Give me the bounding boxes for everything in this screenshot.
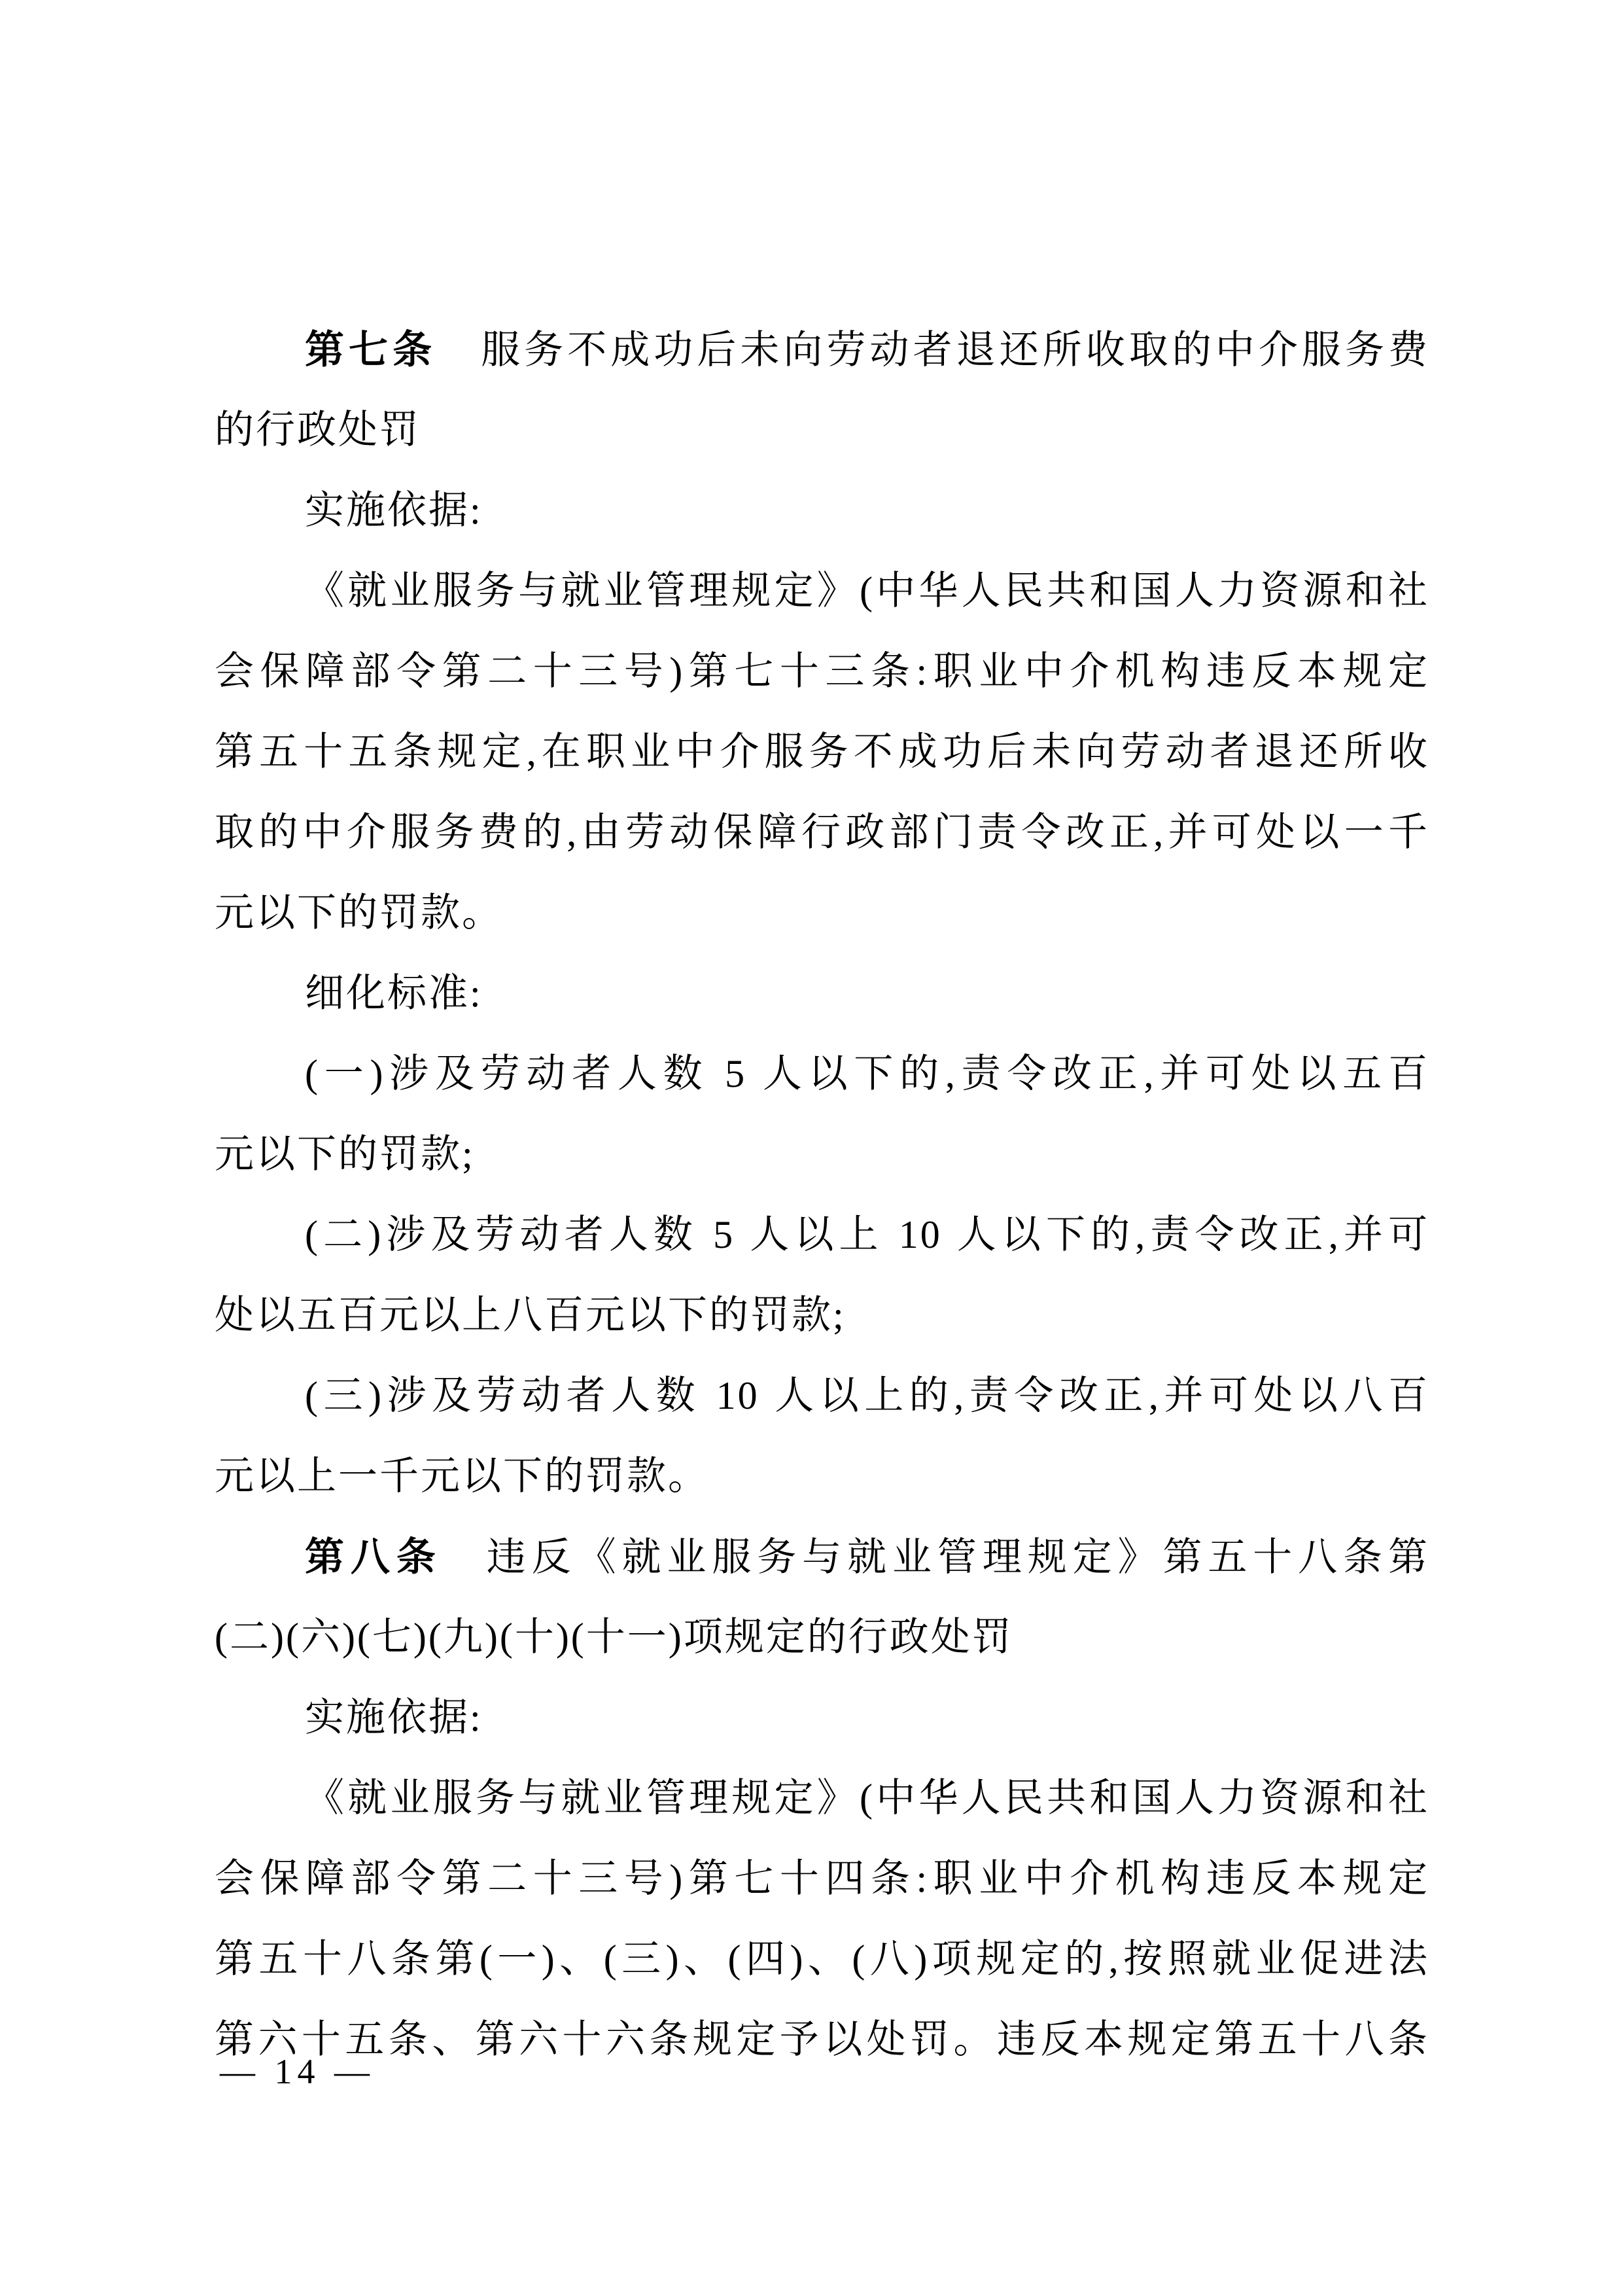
article-term: 第八条 — [305, 1535, 442, 1579]
line-text: 会保障部令第二十三号)第七十三条:职业中介机构违反本规定 — [215, 650, 1429, 693]
text-line: 第六十五条、第六十六条规定予以处罚。违反本规定第五十八条 — [215, 2000, 1429, 2080]
text-line: 实施依据: — [215, 470, 1429, 551]
text-line: 第七条服务不成功后未向劳动者退还所收取的中介服务费 — [215, 309, 1429, 390]
line-text: (二)涉及劳动者人数 5 人以上 10 人以下的,责令改正,并可 — [305, 1213, 1429, 1256]
line-text: 实施依据: — [305, 489, 483, 532]
line-text: 第六十五条、第六十六条规定予以处罚。违反本规定第五十八条 — [215, 2018, 1429, 2061]
line-text: 处以五百元以上八百元以下的罚款; — [215, 1294, 846, 1337]
text-line: 取的中介服务费的,由劳动保障行政部门责令改正,并可处以一千 — [215, 792, 1429, 873]
line-text: (一)涉及劳动者人数 5 人以下的,责令改正,并可处以五百 — [305, 1052, 1429, 1095]
text-line: 元以下的罚款; — [215, 1114, 1429, 1195]
line-text: 实施依据: — [305, 1696, 483, 1739]
line-text: 元以上一千元以下的罚款。 — [215, 1455, 709, 1498]
text-line: 第五十八条第(一)、(三)、(四)、(八)项规定的,按照就业促进法 — [215, 1919, 1429, 2000]
text-line: 细化标准: — [215, 953, 1429, 1034]
text-line: 元以下的罚款。 — [215, 873, 1429, 953]
line-text: 服务不成功后未向劳动者退还所收取的中介服务费 — [481, 328, 1429, 372]
text-line: (二)涉及劳动者人数 5 人以上 10 人以下的,责令改正,并可 — [215, 1195, 1429, 1275]
line-text: 取的中介服务费的,由劳动保障行政部门责令改正,并可处以一千 — [215, 811, 1429, 854]
line-text: 会保障部令第二十三号)第七十四条:职业中介机构违反本规定 — [215, 1857, 1429, 1900]
text-line: 会保障部令第二十三号)第七十四条:职业中介机构违反本规定 — [215, 1839, 1429, 1919]
document-body: 第七条服务不成功后未向劳动者退还所收取的中介服务费 的行政处罚 实施依据: 《就… — [215, 309, 1429, 2080]
page-number: — 14 — — [220, 2040, 375, 2103]
text-line: 第五十五条规定,在职业中介服务不成功后未向劳动者退还所收 — [215, 712, 1429, 792]
text-line: (一)涉及劳动者人数 5 人以下的,责令改正,并可处以五百 — [215, 1034, 1429, 1114]
text-line: 会保障部令第二十三号)第七十三条:职业中介机构违反本规定 — [215, 631, 1429, 712]
line-text: 第五十八条第(一)、(三)、(四)、(八)项规定的,按照就业促进法 — [215, 1937, 1429, 1981]
text-line: 第八条违反《就业服务与就业管理规定》第五十八条第 — [215, 1517, 1429, 1597]
line-text: 元以下的罚款。 — [215, 891, 503, 934]
line-text: (三)涉及劳动者人数 10 人以上的,责令改正,并可处以八百 — [305, 1374, 1429, 1417]
text-line: (三)涉及劳动者人数 10 人以上的,责令改正,并可处以八百 — [215, 1356, 1429, 1436]
line-text: 第五十五条规定,在职业中介服务不成功后未向劳动者退还所收 — [215, 730, 1429, 773]
line-text: 违反《就业服务与就业管理规定》第五十八条第 — [487, 1536, 1429, 1579]
text-line: 《就业服务与就业管理规定》(中华人民共和国人力资源和社 — [215, 551, 1429, 631]
line-text: (二)(六)(七)(九)(十)(十一)项规定的行政处罚 — [215, 1616, 1013, 1659]
text-line: 的行政处罚 — [215, 390, 1429, 470]
text-line: (二)(六)(七)(九)(十)(十一)项规定的行政处罚 — [215, 1597, 1429, 1678]
line-text: 的行政处罚 — [215, 408, 421, 451]
line-text: 《就业服务与就业管理规定》(中华人民共和国人力资源和社 — [305, 1776, 1429, 1820]
text-line: 元以上一千元以下的罚款。 — [215, 1436, 1429, 1517]
line-text: 细化标准: — [305, 972, 483, 1015]
article-term: 第七条 — [305, 328, 436, 372]
text-line: 处以五百元以上八百元以下的罚款; — [215, 1275, 1429, 1356]
line-text: 《就业服务与就业管理规定》(中华人民共和国人力资源和社 — [305, 569, 1429, 612]
text-line: 《就业服务与就业管理规定》(中华人民共和国人力资源和社 — [215, 1758, 1429, 1839]
line-text: 元以下的罚款; — [215, 1133, 475, 1176]
text-line: 实施依据: — [215, 1678, 1429, 1758]
